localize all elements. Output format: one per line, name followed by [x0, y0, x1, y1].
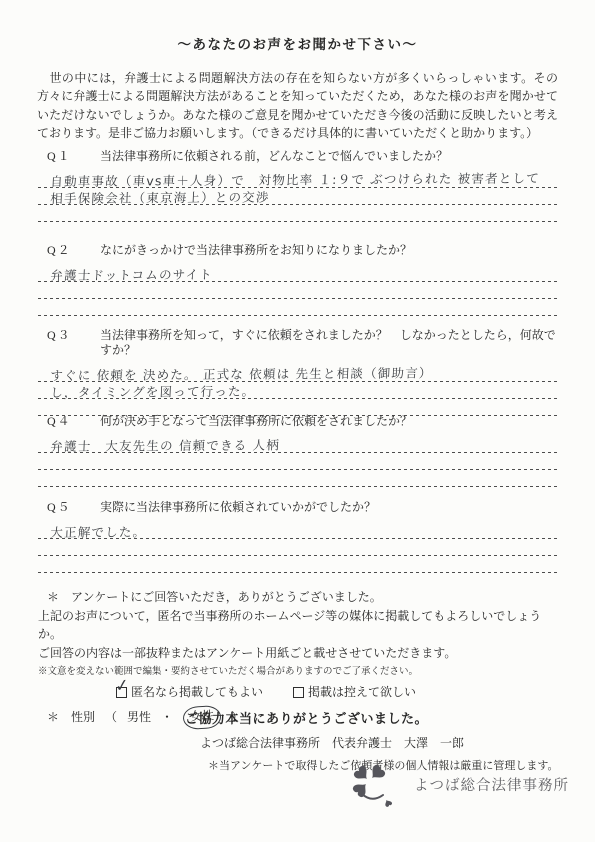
answer-line: すぐに 依頼を 決めた。 正式な 依頼は 先生と相談（御助言） [38, 365, 560, 382]
firm-representative-line: よつば総合法律事務所 代表弁護士 大澤 一郎 [0, 734, 595, 751]
question-label: Q５ [38, 500, 100, 515]
question-block-q5: Q５ 実際に当法律事務所に依頼されていかがでしたか？ 大正解でした。 [38, 500, 560, 573]
question-text: 何が決め手となって当法律事務所に依頼をされましたか？ [100, 414, 560, 429]
handwritten-check-icon: ✓ [114, 676, 131, 696]
question-label: Q１ [38, 149, 100, 164]
consent-decline-option: 掲載は控えて欲しい [293, 683, 416, 702]
question-row: Q４ 何が決め手となって当法律事務所に依頼をされましたか？ [38, 414, 560, 429]
question-block-q2: Q２ なにがきっかけで当法律事務所をお知りになりましたか？ 弁護士ドットコムのサ… [38, 243, 560, 316]
question-row: Q１ 当法律事務所に依頼される前，どんなことで悩んでいましたか？ [38, 149, 560, 164]
question-text: 実際に当法律事務所に依頼されていかがでしたか？ [100, 500, 560, 515]
scanned-survey-page: ～あなたのお声をお聞かせ下さい～ 世の中には，弁護士による問題解決方法の存在を知… [0, 0, 595, 842]
publish-consent-note: 上記のお声について，匿名で当事務所のホームページ等の媒体に掲載してもよろしいでし… [38, 607, 560, 644]
question-block-q3: Q３ 当法律事務所を知って，すぐに依頼をされましたか？ しなかったとしたら，何故… [38, 328, 560, 416]
answer-area: 弁護士ドットコムのサイト [38, 265, 560, 316]
privacy-note: ＊当アンケートで取得したご依頼者様の個人情報は厳重に管理します。 [0, 757, 595, 773]
question-block-q4: Q４ 何が決め手となって当法律事務所に依頼をされましたか？ 弁護士 大友先生の … [38, 414, 560, 487]
question-text: 当法律事務所に依頼される前，どんなことで悩んでいましたか？ [100, 149, 560, 164]
question-label: Q４ [38, 414, 100, 429]
question-row: Q３ 当法律事務所を知って，すぐに依頼をされましたか？ しなかったとしたら，何故… [38, 328, 560, 358]
question-label: Q２ [38, 243, 100, 258]
answer-area: すぐに 依頼を 決めた。 正式な 依頼は 先生と相談（御助言） し，タイミングを… [38, 365, 560, 416]
handwritten-answer: 自動車事故（車vs車＋人身）で 対物比率 １:９で ぶつけられた 被害者として [50, 169, 540, 190]
clover-logo-icon [348, 760, 400, 815]
answer-line: し，タイミングを図って行った。 [38, 382, 560, 399]
brand-name: よつば総合法律事務所 [414, 774, 569, 795]
answer-area: 自動車事故（車vs車＋人身）で 対物比率 １:９で ぶつけられた 被害者として … [38, 171, 560, 222]
answer-line [38, 205, 560, 222]
checkbox-checked-icon: ✓ [116, 687, 127, 698]
excerpt-note: ご回答の内容は一部抜粋またはアンケート用紙ごと載せさせていただきます。 [38, 644, 560, 663]
answer-area: 弁護士 大友先生の 信頼できる 人柄 [38, 436, 560, 487]
consent-decline-label: 掲載は控えて欲しい [308, 683, 416, 702]
question-label: Q３ [38, 328, 100, 358]
answer-line: 大正解でした。 [38, 522, 560, 539]
answer-line: 相手保険会社（東京海上）との交渉 [38, 188, 560, 205]
question-block-q1: Q１ 当法律事務所に依頼される前，どんなことで悩んでいましたか？ 自動車事故（車… [38, 149, 560, 222]
question-row: Q２ なにがきっかけで当法律事務所をお知りになりましたか？ [38, 243, 560, 258]
answer-line: 自動車事故（車vs車＋人身）で 対物比率 １:９で ぶつけられた 被害者として [38, 171, 560, 188]
checkbox-empty-icon [293, 687, 304, 698]
consent-options-row: ✓ 匿名なら掲載してもよい 掲載は控えて欲しい [38, 683, 560, 702]
answer-line [38, 299, 560, 316]
page-title: ～あなたのお声をお聞かせ下さい～ [0, 0, 595, 53]
closing-thanks: ご協力本当にありがとうございました。 [0, 708, 595, 727]
closing-section: ご協力本当にありがとうございました。 よつば総合法律事務所 代表弁護士 大澤 一… [0, 708, 595, 773]
answer-line [38, 453, 560, 470]
answer-line: 弁護士ドットコムのサイト [38, 265, 560, 282]
answer-line [38, 470, 560, 487]
question-text: なにがきっかけで当法律事務所をお知りになりましたか？ [100, 243, 560, 258]
question-text: 当法律事務所を知って，すぐに依頼をされましたか？ しなかったとしたら，何故ですか… [100, 328, 560, 358]
consent-anonymous-ok-label: 匿名なら掲載してもよい [131, 683, 263, 702]
thanks-note: ＊ アンケートにご回答いただき，ありがとうございました。 [38, 588, 560, 607]
answer-line [38, 556, 560, 573]
answer-line [38, 539, 560, 556]
answer-line: 弁護士 大友先生の 信頼できる 人柄 [38, 436, 560, 453]
question-row: Q５ 実際に当法律事務所に依頼されていかがでしたか？ [38, 500, 560, 515]
answer-area: 大正解でした。 [38, 522, 560, 573]
consent-anonymous-ok-option: ✓ 匿名なら掲載してもよい [116, 683, 263, 702]
intro-paragraph: 世の中には，弁護士による問題解決方法の存在を知らない方が多くいらっしゃいます。そ… [37, 69, 558, 143]
answer-line [38, 282, 560, 299]
